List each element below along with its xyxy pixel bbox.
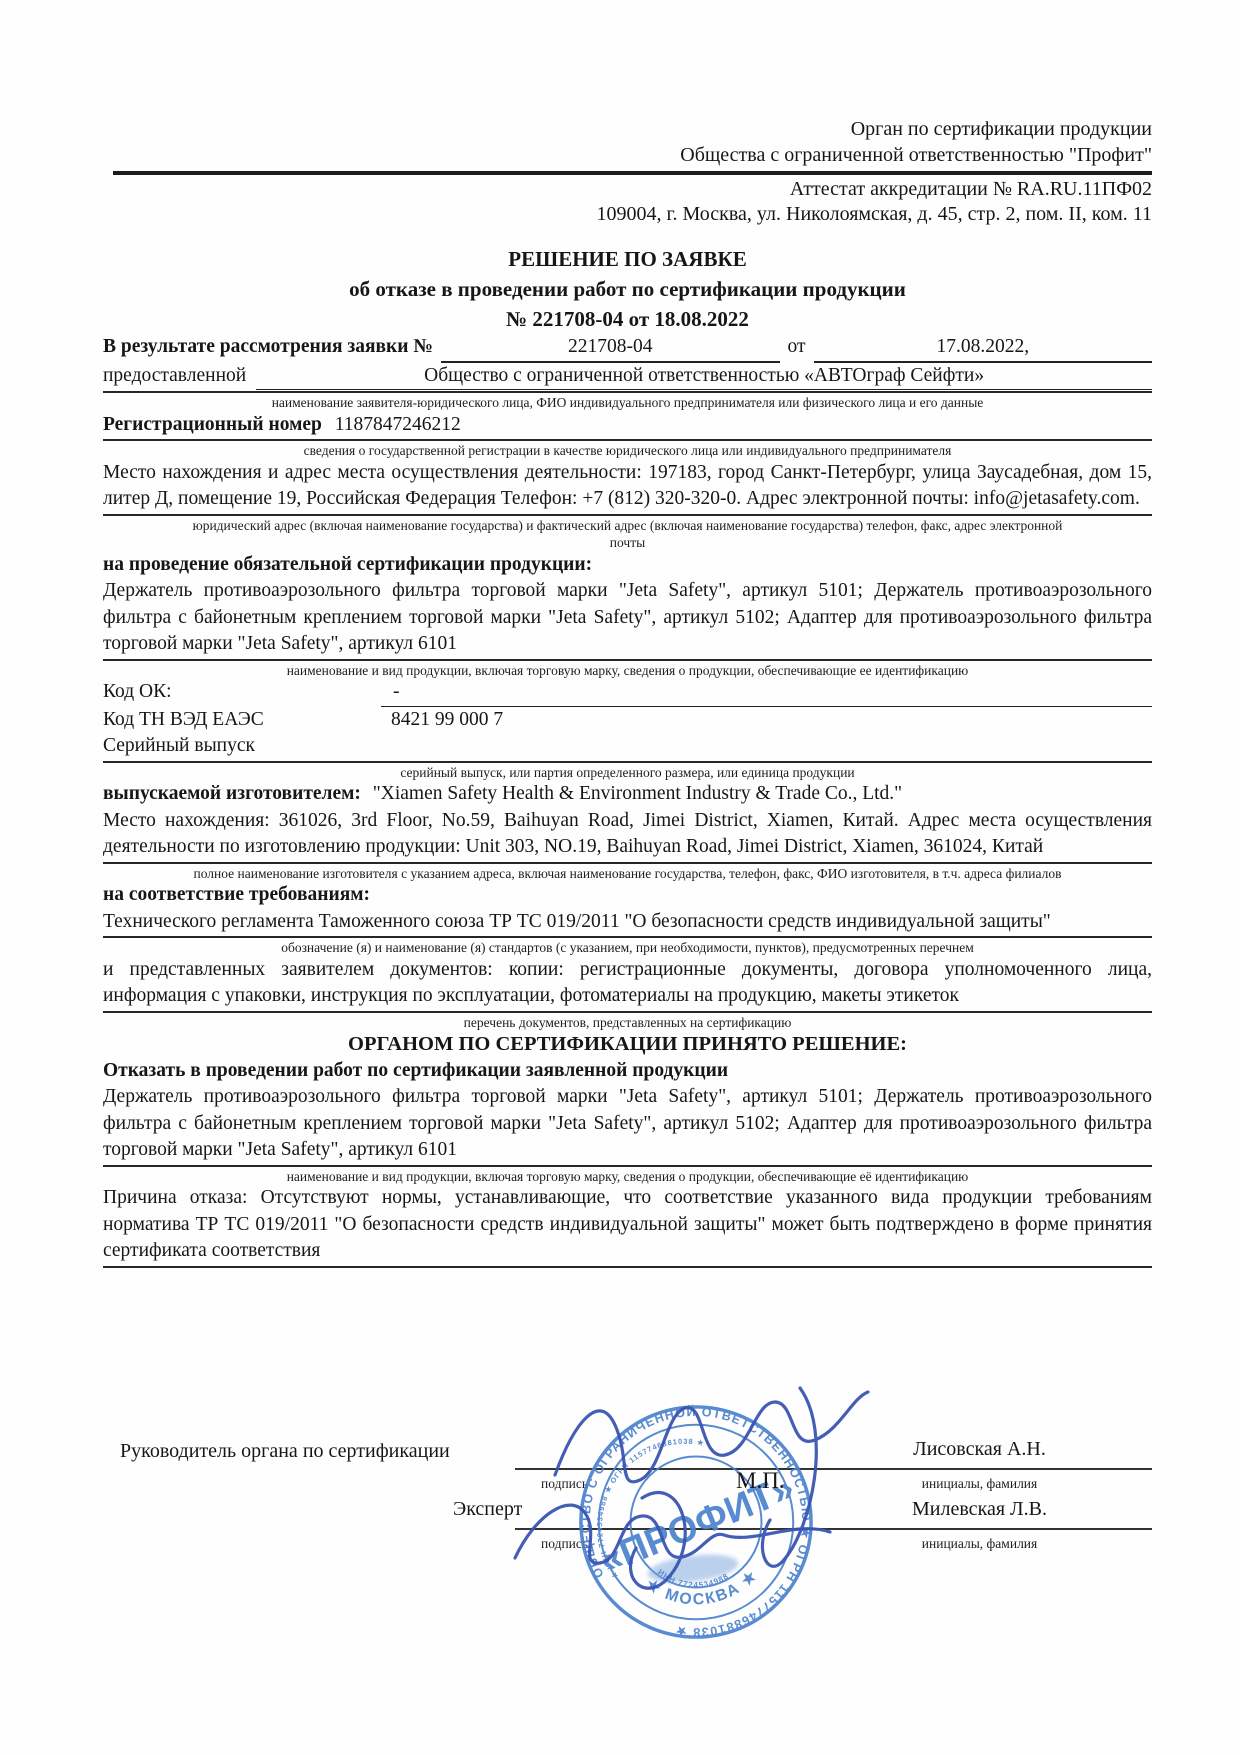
code-ok-label: Код ОК: [103, 679, 381, 706]
products-caption: наименование и вид продукции, включая то… [103, 662, 1152, 680]
ot-label: от [788, 334, 806, 361]
reg-label: Регистрационный номер [103, 414, 322, 435]
applicant-row: предоставленной Общество с ограниченной … [103, 363, 1152, 391]
certification-section-label: на проведение обязательной сертификации … [103, 552, 1152, 579]
code-ok-row: Код ОК: - [103, 679, 1152, 707]
application-intro-label: В результате рассмотрения заявки № [103, 334, 433, 361]
requirements-label: на соответствие требованиям: [103, 882, 1152, 909]
requirements-text: Технического регламента Таможенного союз… [103, 909, 1152, 936]
title-line3: № 221708-04 от 18.08.2022 [103, 304, 1152, 334]
application-number-field: 221708-04 [441, 334, 780, 363]
reg-number: 1187847246212 [335, 414, 461, 435]
rule [103, 936, 1152, 938]
header-divider [113, 171, 1152, 175]
reg-caption: сведения о государственной регистрации в… [103, 442, 1152, 460]
products-list: Держатель противоаэрозольного фильтра то… [103, 578, 1152, 658]
code-ok-value: - [381, 679, 1152, 707]
refusal-reason: Причина отказа: Отсутствуют нормы, устан… [103, 1185, 1152, 1265]
serial-caption: серийный выпуск, или партия определенног… [103, 764, 1152, 782]
application-row: В результате рассмотрения заявки № 22170… [103, 334, 1152, 363]
applicant-address-caption: юридический адрес (включая наименование … [178, 517, 1078, 552]
org-address-line: 109004, г. Москва, ул. Николоямская, д. … [103, 202, 1152, 227]
serial-row: Серийный выпуск [103, 733, 1152, 760]
manufacturer-row: выпускаемой изготовителем: "Xiamen Safet… [103, 781, 1152, 808]
manufacturer-caption: полное наименование изготовителя с указа… [103, 865, 1152, 883]
accreditation-line: Аттестат аккредитации № RA.RU.11ПФ02 [103, 177, 1152, 202]
rule [103, 391, 1152, 393]
header-org-line2: Общества с ограниченной ответственностью… [103, 142, 1152, 168]
manufacturer-label: выпускаемой изготовителем: [103, 783, 361, 804]
title-line2: об отказе в проведении работ по сертифик… [103, 274, 1152, 304]
decision-products-caption: наименование и вид продукции, включая то… [103, 1168, 1152, 1186]
documents-caption: перечень документов, представленных на с… [103, 1014, 1152, 1032]
provided-label: предоставленной [103, 363, 246, 390]
seal-place-label: М.П. [736, 1468, 785, 1494]
rule [103, 862, 1152, 864]
applicant-address: Место нахождения и адрес места осуществл… [103, 460, 1152, 513]
code-tnved-row: Код ТН ВЭД ЕАЭС 8421 99 000 7 [103, 707, 1152, 734]
applicant-field: Общество с ограниченной ответственностью… [256, 363, 1152, 391]
expert-autograph-loop [631, 1493, 686, 1589]
code-tnved-label: Код ТН ВЭД ЕАЭС [103, 707, 381, 734]
application-date-field: 17.08.2022, [814, 334, 1153, 363]
code-tnved-value: 8421 99 000 7 [381, 707, 503, 734]
rule [103, 514, 1152, 516]
header-block: Орган по сертификации продукции Общества… [103, 0, 1152, 168]
rule [103, 1165, 1152, 1167]
rule [103, 659, 1152, 661]
manufacturer-address: Место нахождения: 361026, 3rd Floor, No.… [103, 808, 1152, 861]
handwritten-signatures [500, 1380, 1000, 1640]
registration-row: Регистрационный номер 1187847246212 [103, 412, 1152, 439]
document-content: Орган по сертификации продукции Общества… [103, 0, 1152, 1269]
title-line1: РЕШЕНИЕ ПО ЗАЯВКЕ [103, 244, 1152, 274]
expert-autograph [515, 1505, 830, 1563]
decision-heading: ОРГАНОМ ПО СЕРТИФИКАЦИИ ПРИНЯТО РЕШЕНИЕ: [103, 1031, 1152, 1058]
document-page: Орган по сертификации продукции Общества… [0, 0, 1240, 1755]
header-org-line1: Орган по сертификации продукции [103, 116, 1152, 142]
title-block: РЕШЕНИЕ ПО ЗАЯВКЕ об отказе в проведении… [103, 244, 1152, 334]
head-signer-label: Руководитель органа по сертификации [120, 1440, 450, 1463]
rule [103, 1011, 1152, 1013]
decision-products-list: Держатель противоаэрозольного фильтра то… [103, 1084, 1152, 1164]
rule [103, 761, 1152, 763]
applicant-caption: наименование заявителя-юридического лица… [103, 394, 1152, 412]
head-autograph [555, 1392, 868, 1482]
decision-refusal: Отказать в проведении работ по сертифика… [103, 1058, 1152, 1085]
documents-text: и представленных заявителем документов: … [103, 957, 1152, 1010]
manufacturer-name: "Xiamen Safety Health & Environment Indu… [373, 783, 902, 804]
requirements-caption: обозначение (я) и наименование (я) станд… [103, 939, 1152, 957]
rule [103, 439, 1152, 441]
rule [103, 1266, 1152, 1268]
